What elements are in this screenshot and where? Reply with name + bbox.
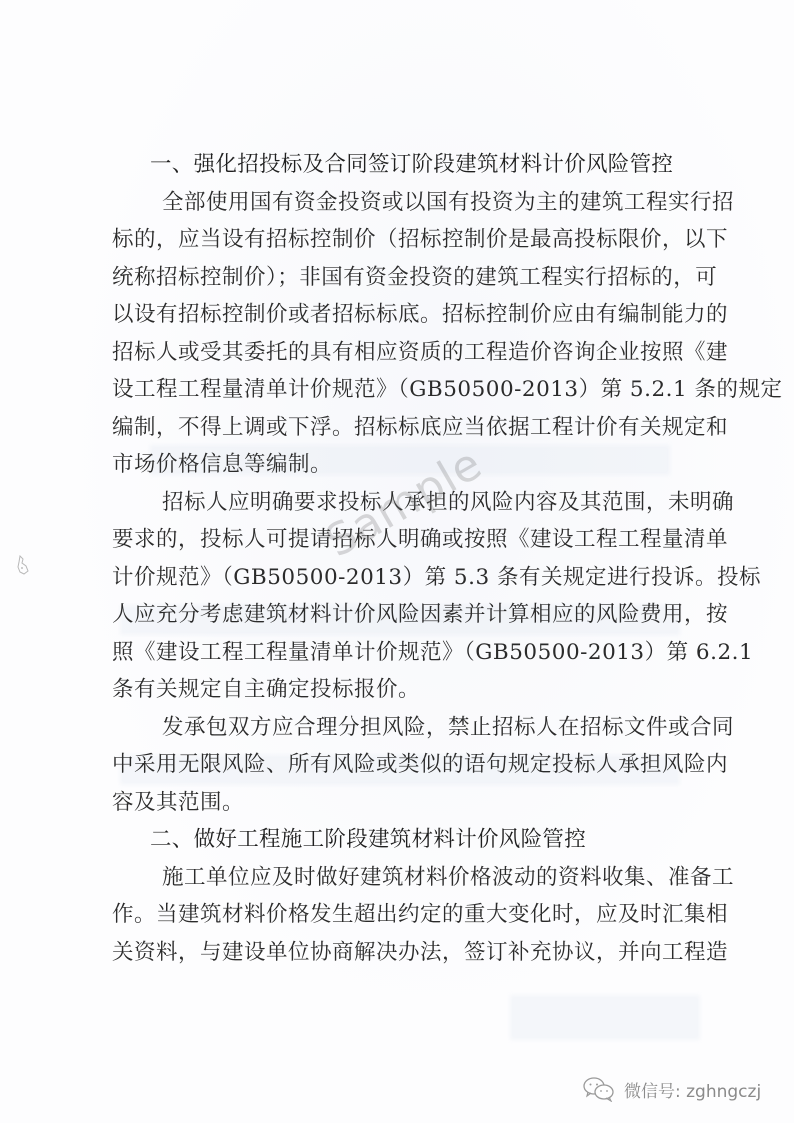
text-line: 编制，不得上调或下浮。招标标底应当依据工程计价有关规定和 — [112, 409, 694, 447]
text-line: 容及其范围。 — [112, 784, 694, 822]
text-line: 作。当建筑材料价格发生超出约定的重大变化时，应及时汇集相 — [112, 896, 694, 934]
text-line: 标的，应当设有招标控制价（招标控制价是最高投标限价，以下 — [112, 221, 694, 259]
text-line: 设工程工程量清单计价规范》（GB50500-2013）第 5.2.1 条的规定 — [112, 371, 694, 409]
text-line: 全部使用国有资金投资或以国有投资为主的建筑工程实行招 — [112, 184, 694, 222]
section-heading-1: 一、强化招投标及合同签订阶段建筑材料计价风险管控 — [112, 146, 694, 184]
wechat-footer: 微信号: zghngczj — [582, 1076, 761, 1102]
text-line: 统称招标控制价）；非国有资金投资的建筑工程实行招标的，可 — [112, 259, 694, 297]
paragraph-1-1: 全部使用国有资金投资或以国有投资为主的建筑工程实行招 标的，应当设有招标控制价（… — [112, 184, 694, 484]
document-body: 一、强化招投标及合同签订阶段建筑材料计价风险管控 全部使用国有资金投资或以国有投… — [112, 146, 694, 971]
text-line: 市场价格信息等编制。 — [112, 446, 694, 484]
bleed-through-shade — [510, 995, 700, 1040]
text-line: 招标人或受其委托的具有相应资质的工程造价咨询企业按照《建 — [112, 334, 694, 372]
text-line: 中采用无限风险、所有风险或类似的语句规定投标人承担风险内 — [112, 746, 694, 784]
section-heading-2: 二、做好工程施工阶段建筑材料计价风险管控 — [112, 821, 694, 859]
paragraph-1-3: 发承包双方应合理分担风险，禁止招标人在招标文件或合同 中采用无限风险、所有风险或… — [112, 709, 694, 822]
text-line: 条有关规定自主确定投标报价。 — [112, 671, 694, 709]
text-line: 以设有招标控制价或者招标标底。招标控制价应由有编制能力的 — [112, 296, 694, 334]
text-line: 施工单位应及时做好建筑材料价格波动的资料收集、准备工 — [112, 859, 694, 897]
text-line: 发承包双方应合理分担风险，禁止招标人在招标文件或合同 — [112, 709, 694, 747]
paragraph-1-2: 招标人应明确要求投标人承担的风险内容及其范围，未明确 要求的，投标人可提请招标人… — [112, 484, 694, 709]
text-line: 招标人应明确要求投标人承担的风险内容及其范围，未明确 — [112, 484, 694, 522]
wechat-icon — [582, 1076, 616, 1102]
text-line: 要求的，投标人可提请招标人明确或按照《建设工程工程量清单 — [112, 521, 694, 559]
document-page: 一、强化招投标及合同签订阶段建筑材料计价风险管控 全部使用国有资金投资或以国有投… — [0, 0, 794, 1123]
wechat-id-label: 微信号: zghngczj — [624, 1077, 761, 1102]
text-line: 人应充分考虑建筑材料计价风险因素并计算相应的风险费用，按 — [112, 596, 694, 634]
paragraph-2-1: 施工单位应及时做好建筑材料价格波动的资料收集、准备工 作。当建筑材料价格发生超出… — [112, 859, 694, 972]
scan-speck-mark — [14, 554, 32, 576]
text-line: 关资料，与建设单位协商解决办法，签订补充协议，并向工程造 — [112, 934, 694, 972]
text-line: 计价规范》（GB50500-2013）第 5.3 条有关规定进行投诉。投标 — [112, 559, 694, 597]
text-line: 照《建设工程工程量清单计价规范》（GB50500-2013）第 6.2.1 — [112, 634, 694, 672]
